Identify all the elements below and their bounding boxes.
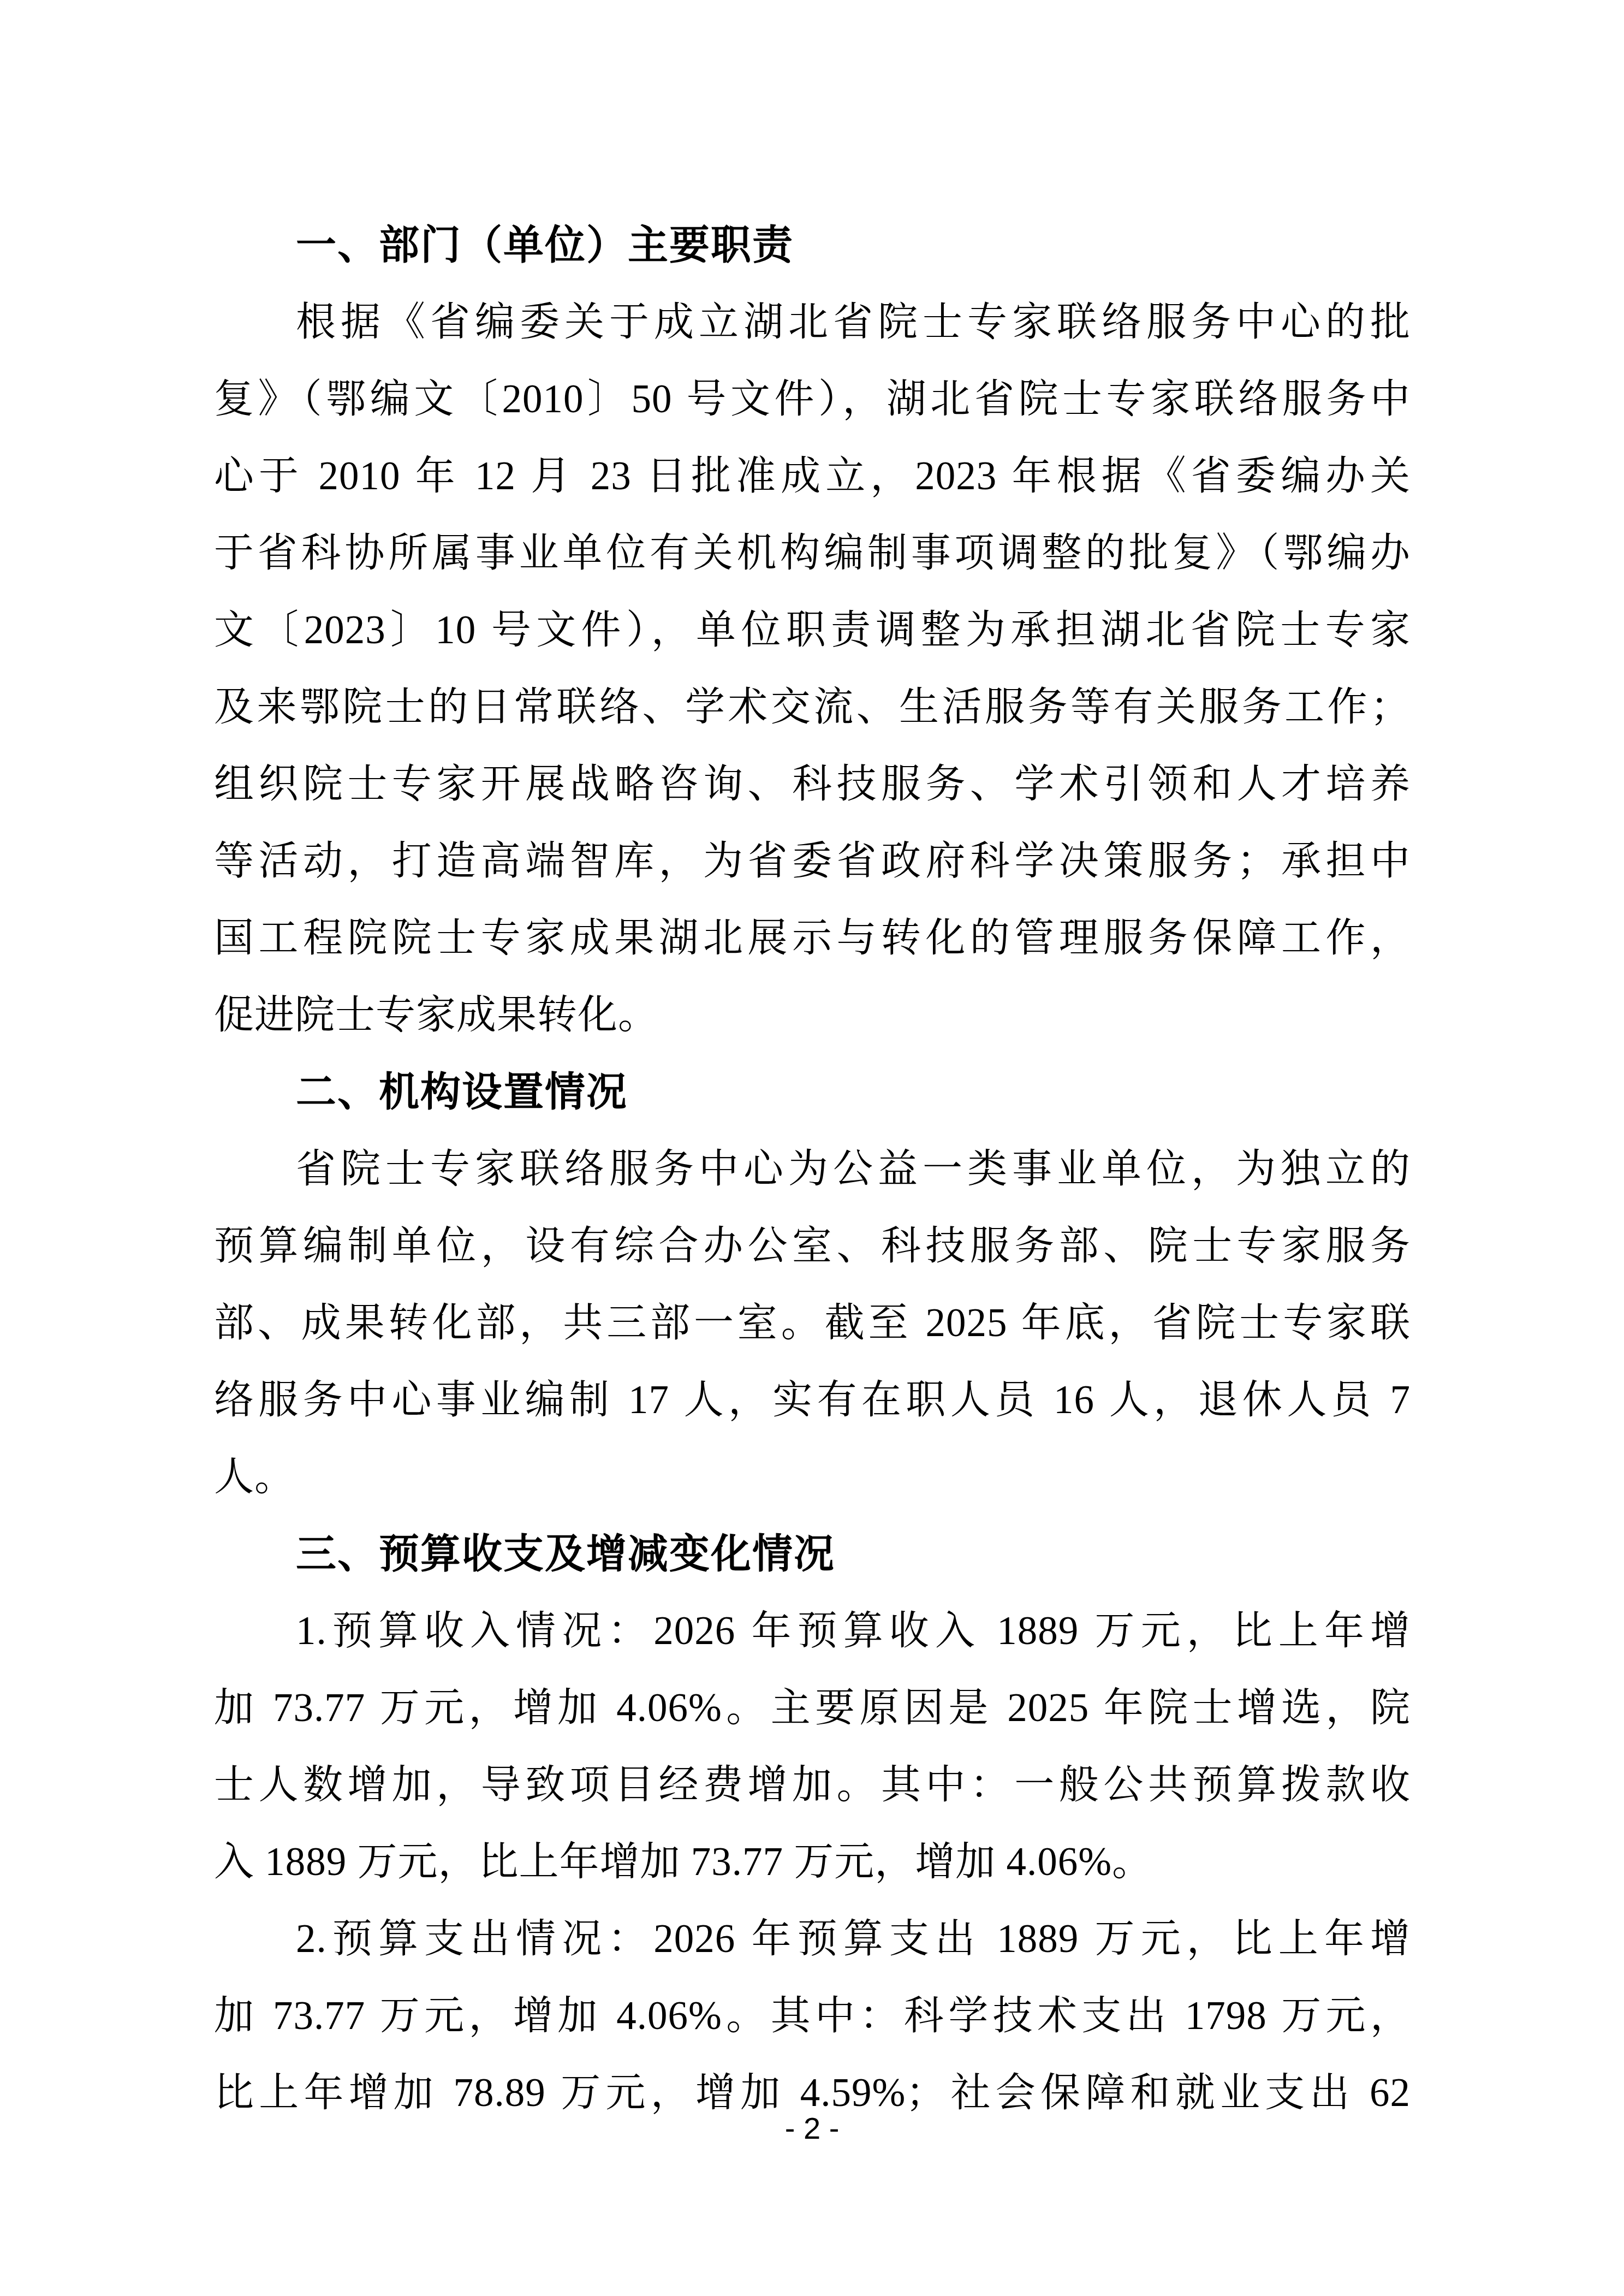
text-line: 部、成果转化部，共三部一室。截至 2025 年底，省院士专家联 <box>214 1284 1411 1361</box>
section-3-paragraph-2: 2.预算支出情况：2026 年预算支出 1889 万元，比上年增加 73.77 … <box>214 1900 1411 2131</box>
text-line: 促进院士专家成果转化。 <box>214 976 1411 1053</box>
text-line: 士人数增加，导致项目经费增加。其中：一般公共预算拨款收 <box>214 1746 1411 1823</box>
text-line: 预算编制单位，设有综合办公室、科技服务部、院士专家服务 <box>214 1207 1411 1284</box>
text-line: 文〔2023〕10 号文件），单位职责调整为承担湖北省院士专家 <box>214 591 1411 668</box>
text-line: 省院士专家联络服务中心为公益一类事业单位，为独立的 <box>214 1130 1411 1207</box>
section-2-heading: 二、机构设置情况 <box>214 1053 1411 1130</box>
text-line: 加 73.77 万元，增加 4.06%。其中：科学技术支出 1798 万元， <box>214 1977 1411 2054</box>
text-line: 等活动，打造高端智库，为省委省政府科学决策服务；承担中 <box>214 822 1411 899</box>
page-number: - 2 - <box>0 2107 1624 2150</box>
text-line: 根据《省编委关于成立湖北省院士专家联络服务中心的批 <box>214 283 1411 360</box>
text-line: 2.预算支出情况：2026 年预算支出 1889 万元，比上年增 <box>214 1900 1411 1977</box>
text-line: 1.预算收入情况：2026 年预算收入 1889 万元，比上年增 <box>214 1592 1411 1669</box>
text-line: 心于 2010 年 12 月 23 日批准成立，2023 年根据《省委编办关 <box>214 437 1411 514</box>
text-line: 于省科协所属事业单位有关机构编制事项调整的批复》（鄂编办 <box>214 514 1411 591</box>
text-line: 复》（鄂编文〔2010〕50 号文件），湖北省院士专家联络服务中 <box>214 360 1411 437</box>
text-line: 人。 <box>214 1438 1411 1515</box>
text-line: 加 73.77 万元，增加 4.06%。主要原因是 2025 年院士增选，院 <box>214 1669 1411 1746</box>
document-body: 一、部门（单位）主要职责 根据《省编委关于成立湖北省院士专家联络服务中心的批复》… <box>214 206 1411 2131</box>
section-1-paragraph-1: 根据《省编委关于成立湖北省院士专家联络服务中心的批复》（鄂编文〔2010〕50 … <box>214 283 1411 1053</box>
text-line: 组织院士专家开展战略咨询、科技服务、学术引领和人才培养 <box>214 745 1411 822</box>
text-line: 及来鄂院士的日常联络、学术交流、生活服务等有关服务工作； <box>214 668 1411 745</box>
document-page: 一、部门（单位）主要职责 根据《省编委关于成立湖北省院士专家联络服务中心的批复》… <box>0 0 1624 2296</box>
section-1-heading: 一、部门（单位）主要职责 <box>214 206 1411 283</box>
text-line: 络服务中心事业编制 17 人，实有在职人员 16 人，退休人员 7 <box>214 1361 1411 1438</box>
section-3-paragraph-1: 1.预算收入情况：2026 年预算收入 1889 万元，比上年增加 73.77 … <box>214 1592 1411 1900</box>
text-line: 入 1889 万元，比上年增加 73.77 万元，增加 4.06%。 <box>214 1823 1411 1900</box>
section-3-heading: 三、预算收支及增减变化情况 <box>214 1515 1411 1592</box>
text-line: 国工程院院士专家成果湖北展示与转化的管理服务保障工作， <box>214 899 1411 976</box>
section-2-paragraph-1: 省院士专家联络服务中心为公益一类事业单位，为独立的预算编制单位，设有综合办公室、… <box>214 1130 1411 1515</box>
